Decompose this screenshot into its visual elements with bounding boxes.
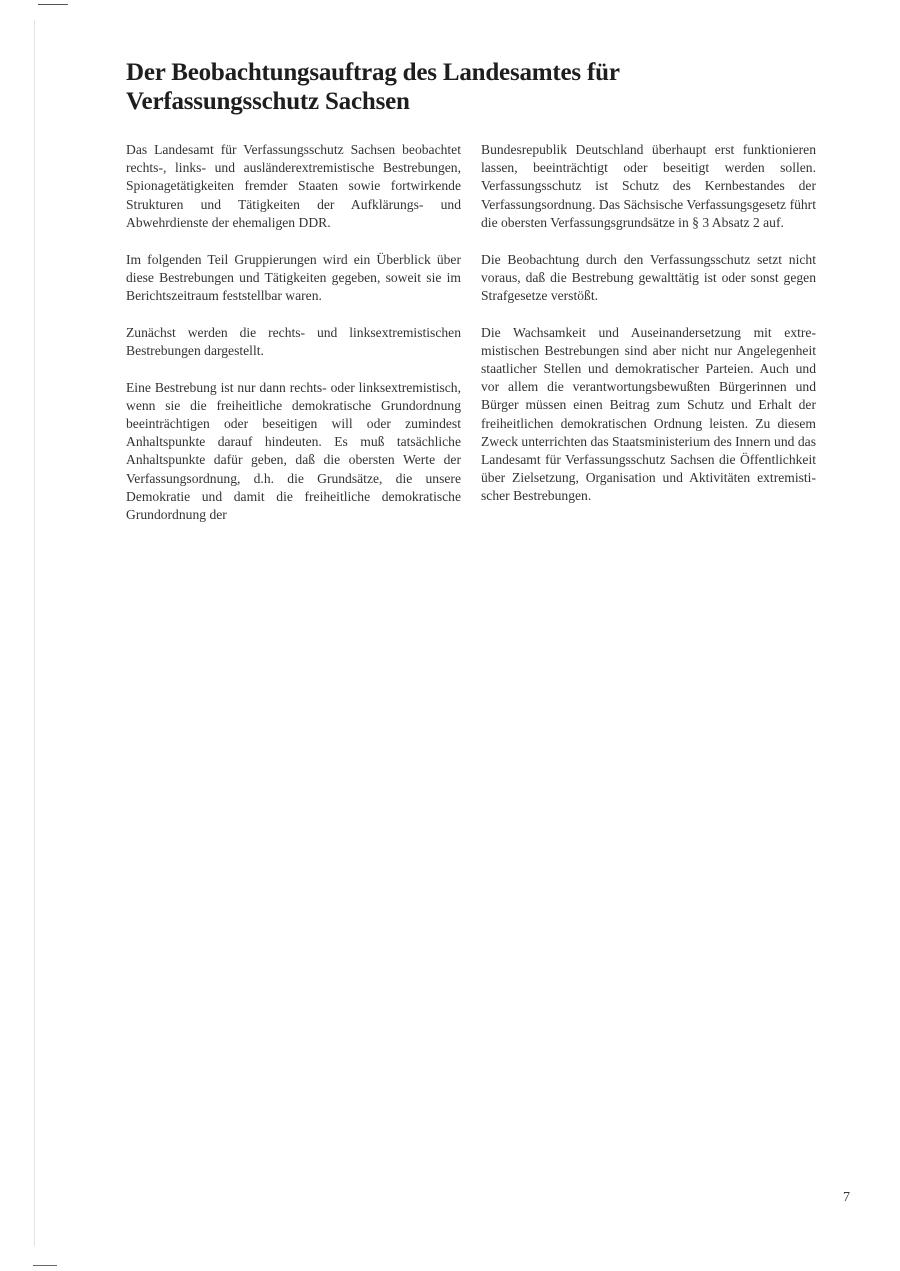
crop-mark-bottom (33, 1265, 57, 1266)
right-column: Bundesrepublik Deutschland überhaupt ers… (481, 141, 816, 524)
paragraph-observation-scope: Das Landesamt für Verfassungsschutz Sach… (126, 141, 461, 232)
page-number: 7 (843, 1190, 850, 1206)
paragraph-first-presented: Zunächst werden die rechts- und linksext… (126, 324, 461, 360)
paragraph-no-violence-required: Die Beobachtung durch den Verfassungssch… (481, 251, 816, 306)
paragraph-overview: Im folgenden Teil Gruppierungen wird ein… (126, 251, 461, 306)
paragraph-definition-continued: Bundesrepublik Deutschland überhaupt ers… (481, 141, 816, 232)
paragraph-definition: Eine Bestrebung ist nur dann rechts- ode… (126, 379, 461, 525)
scan-edge-line (34, 20, 35, 1246)
paragraph-civic-vigilance: Die Wachsamkeit und Auseinandersetzung m… (481, 324, 816, 506)
crop-mark-top (38, 4, 68, 5)
page-title: Der Beobachtungsauftrag des Landesamtes … (126, 58, 806, 116)
left-column: Das Landesamt für Verfassungsschutz Sach… (126, 141, 461, 543)
